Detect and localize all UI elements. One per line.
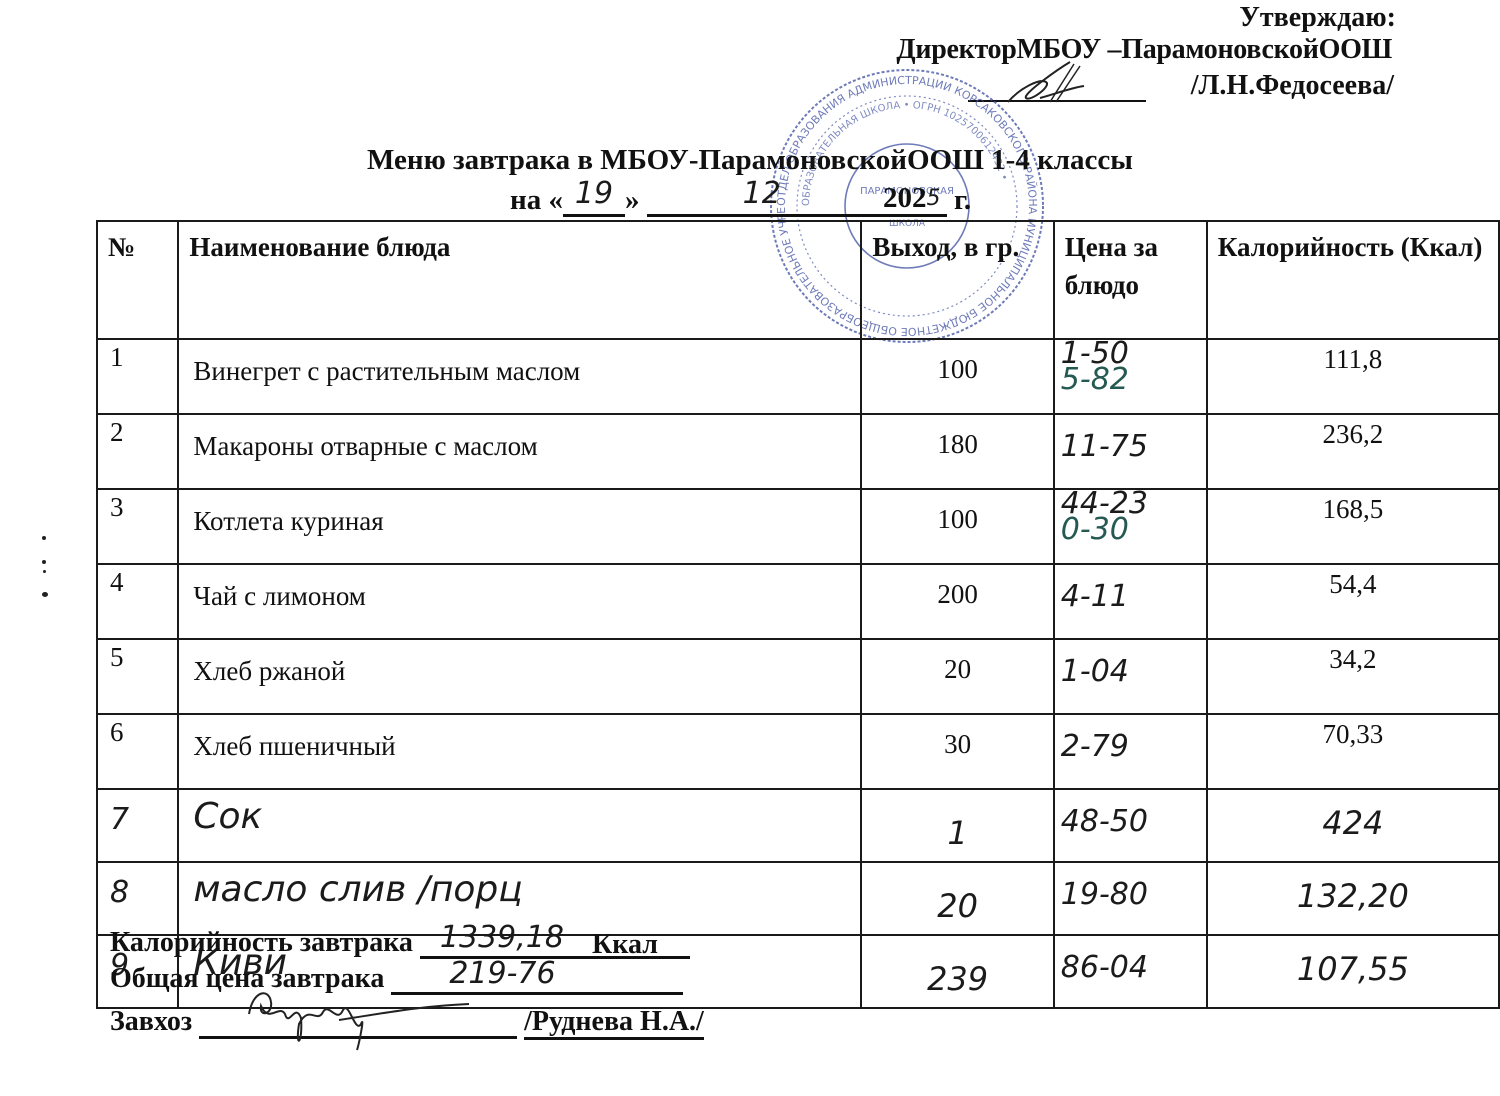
table-row: 8масло слив /порц2019-80132,20: [97, 862, 1499, 935]
table-row: 2Макароны отварные с маслом18011-75236,2: [97, 414, 1499, 489]
table-row: 6Хлеб пшеничный302-7970,33: [97, 714, 1499, 789]
table-header-row: № Наименование блюда Выход, в гр. Цена з…: [97, 221, 1499, 339]
row-number: 5: [97, 639, 178, 714]
dish-output: 200: [861, 564, 1053, 639]
dish-calories: 111,8: [1207, 339, 1499, 414]
approval-title: Утверждаю:: [1239, 2, 1396, 34]
dish-price: 2-79: [1054, 714, 1207, 789]
date-year-suffix: г.: [954, 184, 971, 216]
menu-date: на «19» 122025 г.: [510, 182, 971, 217]
date-day: 19: [575, 176, 613, 211]
dish-output: 20: [861, 639, 1053, 714]
dish-calories: 132,20: [1207, 862, 1499, 935]
dish-name: Хлеб ржаной: [178, 639, 861, 714]
price-value: 86-04: [1061, 950, 1148, 985]
row-number: 3: [97, 489, 178, 564]
row-number: 4: [97, 564, 178, 639]
dish-calories: 34,2: [1207, 639, 1499, 714]
approval-org: ДиректорМБОУ –ПарамоновскойООШ: [896, 34, 1392, 66]
dish-price: 19-80: [1054, 862, 1207, 935]
price-value: 1-04: [1061, 654, 1129, 689]
column-output: Выход, в гр.: [861, 221, 1053, 339]
date-prefix: на «: [510, 184, 563, 216]
dish-calories: 236,2: [1207, 414, 1499, 489]
dish-output: 180: [861, 414, 1053, 489]
dish-name: Чай с лимоном: [178, 564, 861, 639]
dish-calories: 424: [1207, 789, 1499, 862]
scan-speck: [42, 536, 46, 540]
column-number: №: [97, 221, 178, 339]
menu-table: № Наименование блюда Выход, в гр. Цена з…: [96, 220, 1500, 1009]
price-value: 48-50: [1061, 804, 1148, 839]
storekeeper-label: Завхоз: [110, 1006, 192, 1037]
total-calories: Калорийность завтрака 1339,18 Ккал: [110, 926, 690, 959]
dish-price: 86-04: [1054, 935, 1207, 1008]
dish-output: 30: [861, 714, 1053, 789]
table-row: 3Котлета куриная10044-230-30168,5: [97, 489, 1499, 564]
date-year-hand: 5: [926, 186, 940, 211]
approval-name: /Л.Н.Федосеева/: [1191, 70, 1394, 102]
storekeeper-name: /Руднева Н.А./: [524, 1006, 704, 1040]
dish-name: Хлеб пшеничный: [178, 714, 861, 789]
dish-price: 1-505-82: [1054, 339, 1207, 414]
column-calories: Калорийность (Ккал): [1207, 221, 1499, 339]
scan-speck: [43, 570, 46, 573]
dish-price: 11-75: [1054, 414, 1207, 489]
price-value: 5-82: [1061, 362, 1129, 397]
dish-output: 1: [861, 789, 1053, 862]
row-number: 1: [97, 339, 178, 414]
price-value: 19-80: [1061, 877, 1148, 912]
price-value: 4-11: [1061, 579, 1129, 614]
dish-output: 20: [861, 862, 1053, 935]
row-number: 2: [97, 414, 178, 489]
date-mid: »: [625, 184, 640, 216]
dish-name: Винегрет с растительным маслом: [178, 339, 861, 414]
total-calories-label: Калорийность завтрака: [110, 927, 413, 958]
scan-speck: [42, 560, 46, 564]
total-calories-unit: Ккал: [592, 929, 658, 960]
table-row: 4Чай с лимоном2004-1154,4: [97, 564, 1499, 639]
storekeeper-signature-icon: [239, 984, 479, 1054]
price-value: 2-79: [1061, 729, 1129, 764]
director-signature-icon: [1000, 58, 1090, 106]
dish-calories: 107,55: [1207, 935, 1499, 1008]
dish-price: 48-50: [1054, 789, 1207, 862]
total-calories-value: 1339,18: [440, 920, 564, 955]
dish-output: 239: [861, 935, 1053, 1008]
dish-calories: 54,4: [1207, 564, 1499, 639]
row-number: 7: [97, 789, 178, 862]
storekeeper: Завхоз /Руднева Н.А./: [110, 1006, 704, 1039]
dish-price: 44-230-30: [1054, 489, 1207, 564]
row-number: 8: [97, 862, 178, 935]
column-dish-name: Наименование блюда: [178, 221, 861, 339]
date-month: 12: [743, 176, 781, 211]
dish-calories: 70,33: [1207, 714, 1499, 789]
table-row: 7Сок148-50424: [97, 789, 1499, 862]
price-value: 0-30: [1061, 512, 1129, 547]
dish-name: Сок: [178, 789, 861, 862]
dish-name: Котлета куриная: [178, 489, 861, 564]
date-year: 202: [883, 182, 927, 214]
page-title: Меню завтрака в МБОУ-ПарамоновскойООШ 1-…: [0, 144, 1500, 177]
price-value: 11-75: [1061, 429, 1148, 464]
scan-speck: [42, 592, 48, 597]
dish-price: 1-04: [1054, 639, 1207, 714]
dish-output: 100: [861, 489, 1053, 564]
dish-output: 100: [861, 339, 1053, 414]
dish-name: Макароны отварные с маслом: [178, 414, 861, 489]
dish-calories: 168,5: [1207, 489, 1499, 564]
dish-price: 4-11: [1054, 564, 1207, 639]
row-number: 6: [97, 714, 178, 789]
table-row: 1Винегрет с растительным маслом1001-505-…: [97, 339, 1499, 414]
table-row: 5Хлеб ржаной201-0434,2: [97, 639, 1499, 714]
column-price: Цена за блюдо: [1054, 221, 1207, 339]
